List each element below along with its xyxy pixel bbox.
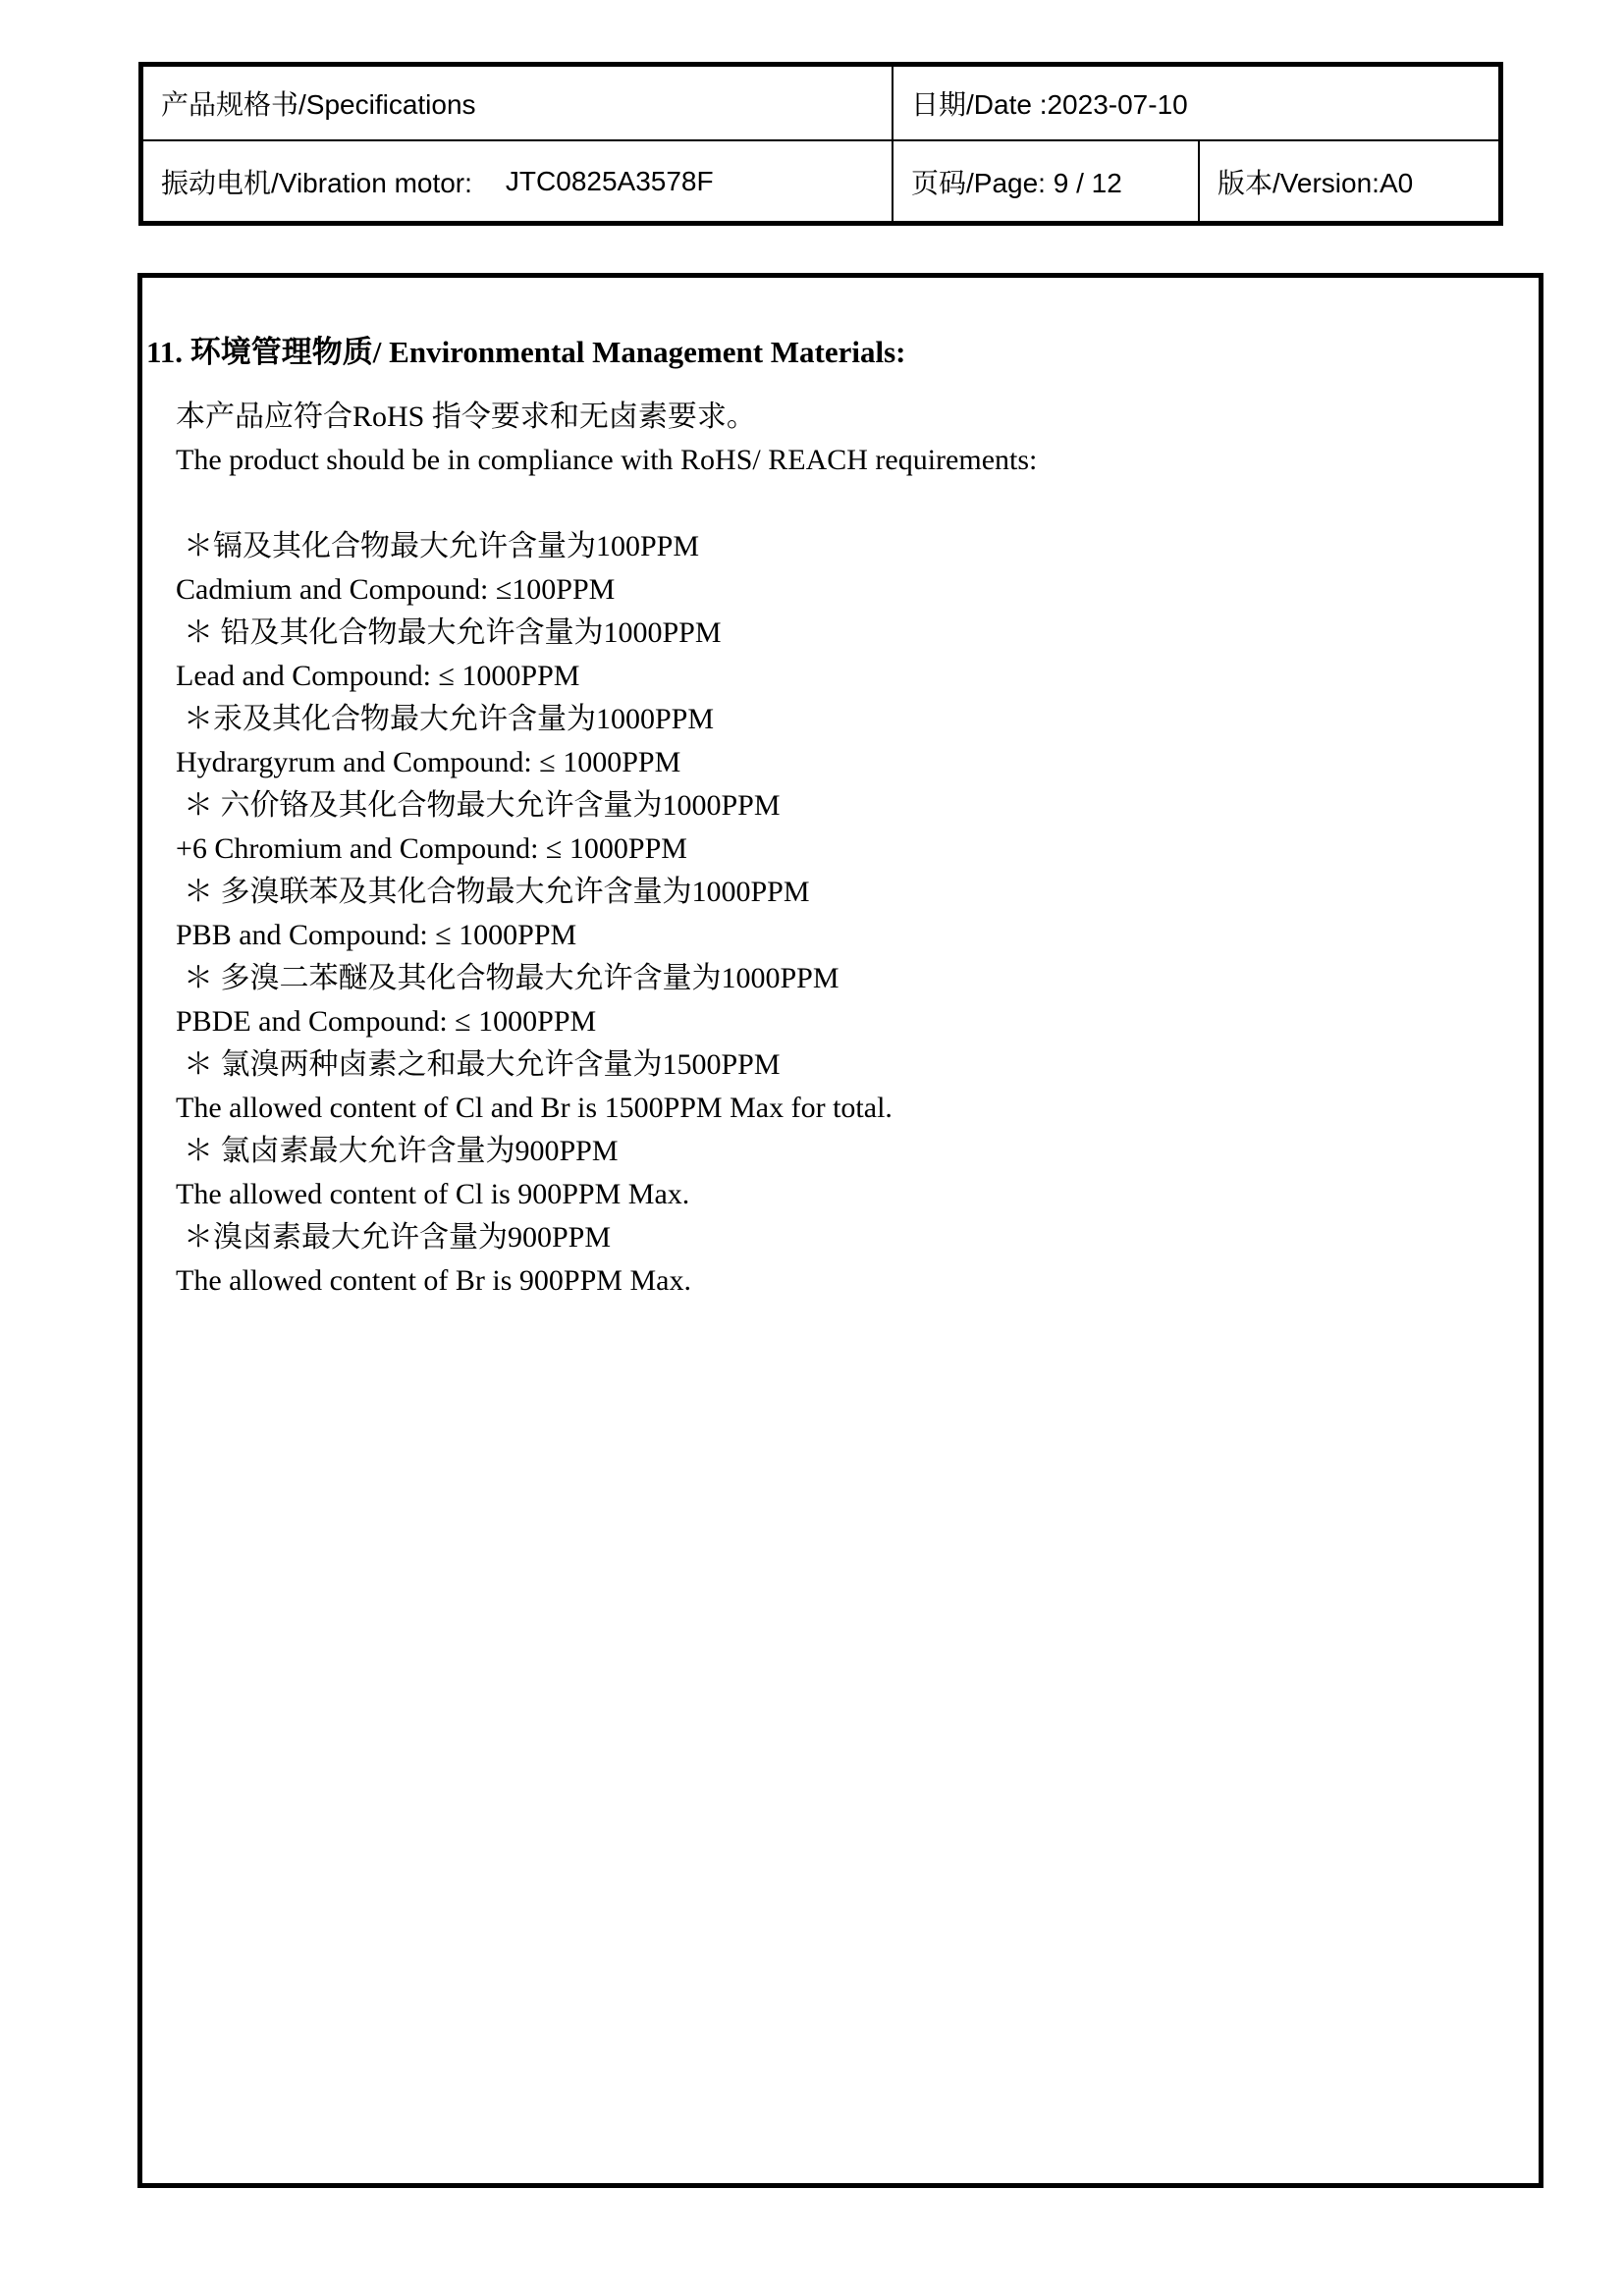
content-box: 11. 环境管理物质/ Environmental Management Mat… xyxy=(137,273,1543,2188)
version-cell: 版本/Version:A0 xyxy=(1198,141,1498,221)
page-number: 页码/Page: 9 / 12 xyxy=(911,162,1122,201)
motor-label: 振动电机/Vibration motor: xyxy=(161,162,472,201)
item-pbb-cn: ＊ 多溴联苯及其化合物最大允许含量为1000PPM xyxy=(184,871,1539,914)
intro-line-cn: 本产品应符合RoHS 指令要求和无卤素要求。 xyxy=(176,396,1539,439)
item-mercury-en: Hydrargyrum and Compound: ≤ 1000PPM xyxy=(176,741,1539,784)
header-row-2: 振动电机/Vibration motor: JTC0825A3578F 页码/P… xyxy=(143,139,1498,221)
date-text: 日期/Date :2023-07-10 xyxy=(911,83,1188,123)
item-cadmium-cn: ＊镉及其化合物最大允许含量为100PPM xyxy=(184,525,1539,568)
date-cell: 日期/Date :2023-07-10 xyxy=(892,67,1498,139)
item-chromium-en: +6 Chromium and Compound: ≤ 1000PPM xyxy=(176,828,1539,871)
item-lead-cn: ＊ 铅及其化合物最大允许含量为1000PPM xyxy=(184,612,1539,655)
spec-title: 产品规格书/Specifications xyxy=(161,83,476,123)
item-pbb-en: PBB and Compound: ≤ 1000PPM xyxy=(176,914,1539,957)
section-title: 11. 环境管理物质/ Environmental Management Mat… xyxy=(146,334,1539,371)
header-table: 产品规格书/Specifications 日期/Date :2023-07-10… xyxy=(138,62,1503,226)
item-pbde-en: PBDE and Compound: ≤ 1000PPM xyxy=(176,1000,1539,1043)
item-cadmium-en: Cadmium and Compound: ≤100PPM xyxy=(176,568,1539,612)
item-br-en: The allowed content of Br is 900PPM Max. xyxy=(176,1259,1539,1303)
intro-line-en: The product should be in compliance with… xyxy=(176,439,1539,482)
item-cl-br-cn: ＊ 氯溴两种卤素之和最大允许含量为1500PPM xyxy=(184,1043,1539,1087)
page-cell: 页码/Page: 9 / 12 xyxy=(892,141,1198,221)
header-row-1: 产品规格书/Specifications 日期/Date :2023-07-10 xyxy=(143,67,1498,139)
motor-cell: 振动电机/Vibration motor: JTC0825A3578F xyxy=(143,141,892,221)
item-br-cn: ＊溴卤素最大允许含量为900PPM xyxy=(184,1216,1539,1259)
blank-line xyxy=(176,482,1539,525)
spec-title-cell: 产品规格书/Specifications xyxy=(143,67,892,139)
motor-model: JTC0825A3578F xyxy=(506,166,714,197)
item-cl-br-en: The allowed content of Cl and Br is 1500… xyxy=(176,1087,1539,1130)
item-pbde-cn: ＊ 多溴二苯醚及其化合物最大允许含量为1000PPM xyxy=(184,957,1539,1000)
item-cl-cn: ＊ 氯卤素最大允许含量为900PPM xyxy=(184,1130,1539,1173)
content-body: 本产品应符合RoHS 指令要求和无卤素要求。 The product shoul… xyxy=(176,396,1539,1303)
item-mercury-cn: ＊汞及其化合物最大允许含量为1000PPM xyxy=(184,698,1539,741)
item-cl-en: The allowed content of Cl is 900PPM Max. xyxy=(176,1173,1539,1216)
version-text: 版本/Version:A0 xyxy=(1218,162,1413,201)
item-chromium-cn: ＊ 六价铬及其化合物最大允许含量为1000PPM xyxy=(184,784,1539,828)
item-lead-en: Lead and Compound: ≤ 1000PPM xyxy=(176,655,1539,698)
